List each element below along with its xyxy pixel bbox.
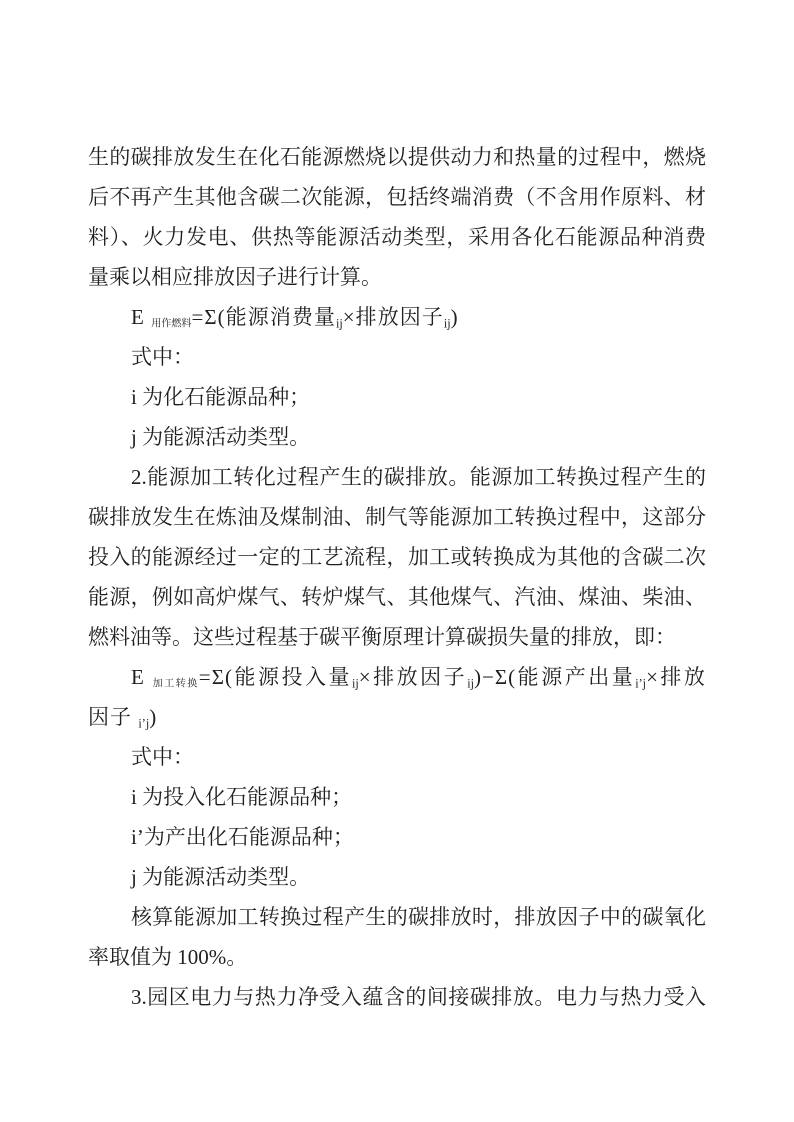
subscript-text: ij	[352, 676, 359, 690]
subscript-text: i’j	[635, 676, 646, 690]
formula1-where: 式中：	[88, 337, 706, 377]
text-run: ×排放因子	[359, 665, 467, 689]
para2-line2: 碳排放发生在炼油及煤制油、制气等能源加工转换过程中，这部分	[88, 497, 706, 537]
text-run: i’为产出化石能源品种；	[131, 825, 354, 849]
text-run: E	[131, 665, 153, 689]
formula1-def-i: i 为化石能源品种；	[88, 377, 706, 417]
text-run: 料）、火力发电、供热等能源活动类型，采用各化石能源品种消费	[88, 225, 706, 249]
formula2-def-i: i 为投入化石能源品种；	[88, 777, 706, 817]
text-run: 2.能源加工转化过程产生的碳排放。能源加工转换过程产生的	[131, 465, 706, 489]
subscript-text: i’j	[138, 716, 149, 730]
text-run: 能源，例如高炉煤气、转炉煤气、其他煤气、汽油、煤油、柴油、	[88, 585, 706, 609]
text-run: j 为能源活动类型。	[131, 425, 310, 449]
para1-line3: 料）、火力发电、供热等能源活动类型，采用各化石能源品种消费	[88, 217, 706, 257]
text-run: 后不再产生其他含碳二次能源，包括终端消费（不含用作原料、材	[88, 185, 706, 209]
formula2-where: 式中：	[88, 737, 706, 777]
subscript-text: 用作燃料	[151, 319, 191, 330]
para3-line1: 核算能源加工转换过程产生的碳排放时，排放因子中的碳氧化	[88, 897, 706, 937]
para1-line2: 后不再产生其他含碳二次能源，包括终端消费（不含用作原料、材	[88, 177, 706, 217]
text-run: E	[131, 305, 151, 329]
text-run: i 为投入化石能源品种；	[131, 785, 352, 809]
text-run: )	[149, 705, 157, 729]
text-run: 生的碳排放发生在化石能源燃烧以提供动力和热量的过程中，燃烧	[88, 145, 706, 169]
para1-line4: 量乘以相应排放因子进行计算。	[88, 257, 706, 297]
text-run: 因子	[88, 705, 138, 729]
document-page: 生的碳排放发生在化石能源燃烧以提供动力和热量的过程中，燃烧后不再产生其他含碳二次…	[0, 0, 794, 1122]
text-run: ×排放	[646, 665, 706, 689]
text-run: 式中：	[131, 345, 194, 369]
text-run: )−Σ(能源产出量	[474, 665, 635, 689]
para2-line3: 投入的能源经过一定的工艺流程，加工或转换成为其他的含碳二次	[88, 537, 706, 577]
formula2-def-i-prime: i’为产出化石能源品种；	[88, 817, 706, 857]
formula-processing-line1: E 加工转换=Σ(能源投入量ij×排放因子ij)−Σ(能源产出量i’j×排放	[88, 657, 706, 697]
text-run: =Σ(能源投入量	[199, 665, 352, 689]
text-run: i 为化石能源品种；	[131, 385, 310, 409]
para1-line1: 生的碳排放发生在化石能源燃烧以提供动力和热量的过程中，燃烧	[88, 137, 706, 177]
subscript-text: ij	[444, 316, 451, 330]
text-run: 核算能源加工转换过程产生的碳排放时，排放因子中的碳氧化	[131, 905, 706, 929]
text-run: )	[451, 305, 459, 329]
para2-line1: 2.能源加工转化过程产生的碳排放。能源加工转换过程产生的	[88, 457, 706, 497]
para2-line5: 燃料油等。这些过程基于碳平衡原理计算碳损失量的排放，即：	[88, 617, 706, 657]
formula1-def-j: j 为能源活动类型。	[88, 417, 706, 457]
text-run: 碳排放发生在炼油及煤制油、制气等能源加工转换过程中，这部分	[88, 505, 706, 529]
text-run: 式中：	[131, 745, 194, 769]
document-text-block: 生的碳排放发生在化石能源燃烧以提供动力和热量的过程中，燃烧后不再产生其他含碳二次…	[88, 137, 706, 1017]
text-run: 3.园区电力与热力净受入蕴含的间接碳排放。电力与热力受入	[131, 985, 706, 1009]
text-run: 量乘以相应排放因子进行计算。	[88, 265, 382, 289]
text-run: 燃料油等。这些过程基于碳平衡原理计算碳损失量的排放，即：	[88, 625, 676, 649]
text-run: =Σ(能源消费量	[192, 305, 336, 329]
subscript-text: ij	[467, 676, 474, 690]
formula-fuel-combustion: E 用作燃料=Σ(能源消费量ij×排放因子ij)	[88, 297, 706, 337]
text-run: j 为能源活动类型。	[131, 865, 310, 889]
para2-line4: 能源，例如高炉煤气、转炉煤气、其他煤气、汽油、煤油、柴油、	[88, 577, 706, 617]
formula-processing-line2: 因子 i’j)	[88, 697, 706, 737]
para4-line1: 3.园区电力与热力净受入蕴含的间接碳排放。电力与热力受入	[88, 977, 706, 1017]
text-run: ×排放因子	[343, 305, 444, 329]
subscript-text: ij	[336, 316, 343, 330]
para3-line2: 率取值为 100%。	[88, 937, 706, 977]
formula2-def-j: j 为能源活动类型。	[88, 857, 706, 897]
text-run: 率取值为 100%。	[88, 945, 247, 969]
text-run: 投入的能源经过一定的工艺流程，加工或转换成为其他的含碳二次	[88, 545, 706, 569]
subscript-text: 加工转换	[153, 679, 199, 690]
